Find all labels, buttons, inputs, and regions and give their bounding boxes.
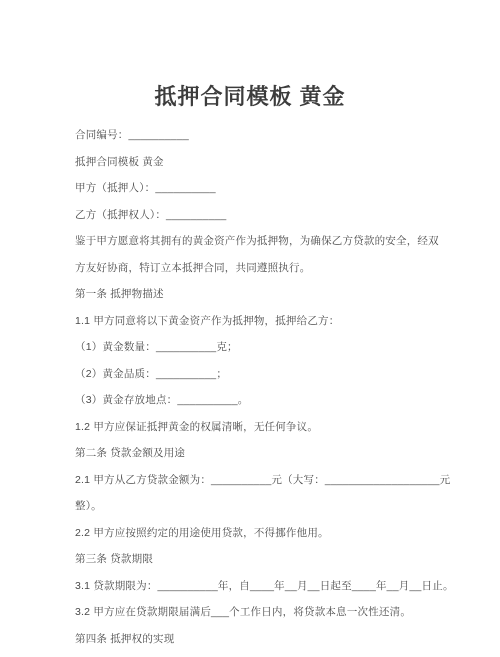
document-body: 合同编号：__________ 抵押合同模板 黄金 甲方（抵押人）：______… <box>75 122 435 652</box>
document-page: 抵押合同模板 黄金 合同编号：__________ 抵押合同模板 黄金 甲方（抵… <box>0 0 500 657</box>
clause-2-1-line-2: 整）。 <box>75 493 435 520</box>
page-title: 抵押合同模板 黄金 <box>0 84 500 110</box>
preamble-line-2: 方友好协商，特订立本抵押合同，共同遵照执行。 <box>75 255 435 282</box>
article-3-heading: 第三条 贷款期限 <box>75 546 435 573</box>
clause-1-1-line: 1.1 甲方同意将以下黄金资产作为抵押物，抵押给乙方： <box>75 308 435 335</box>
gold-quality-line: （2）黄金品质：__________； <box>75 361 435 388</box>
preamble-line-1: 鉴于甲方愿意将其拥有的黄金资产作为抵押物，为确保乙方贷款的安全，经双 <box>75 228 435 255</box>
clause-3-1-line: 3.1 贷款期限为：__________年，自____年__月__日起至____… <box>75 573 435 600</box>
subtitle-line: 抵押合同模板 黄金 <box>75 149 435 176</box>
contract-number-line: 合同编号：__________ <box>75 122 435 149</box>
party-b-line: 乙方（抵押权人）：__________ <box>75 202 435 229</box>
clause-1-2-line: 1.2 甲方应保证抵押黄金的权属清晰，无任何争议。 <box>75 414 435 441</box>
clause-3-2-line: 3.2 甲方应在贷款期限届满后___个工作日内，将贷款本息一次性还清。 <box>75 599 435 626</box>
article-2-heading: 第二条 贷款金额及用途 <box>75 440 435 467</box>
article-4-heading: 第四条 抵押权的实现 <box>75 626 435 653</box>
clause-2-2-line: 2.2 甲方应按照约定的用途使用贷款，不得挪作他用。 <box>75 520 435 547</box>
article-1-heading: 第一条 抵押物描述 <box>75 281 435 308</box>
clause-2-1-line-1: 2.1 甲方从乙方贷款金额为：__________元（大写：__________… <box>75 467 435 494</box>
party-a-line: 甲方（抵押人）：__________ <box>75 175 435 202</box>
gold-location-line: （3）黄金存放地点：__________。 <box>75 387 435 414</box>
gold-quantity-line: （1）黄金数量：__________克； <box>75 334 435 361</box>
